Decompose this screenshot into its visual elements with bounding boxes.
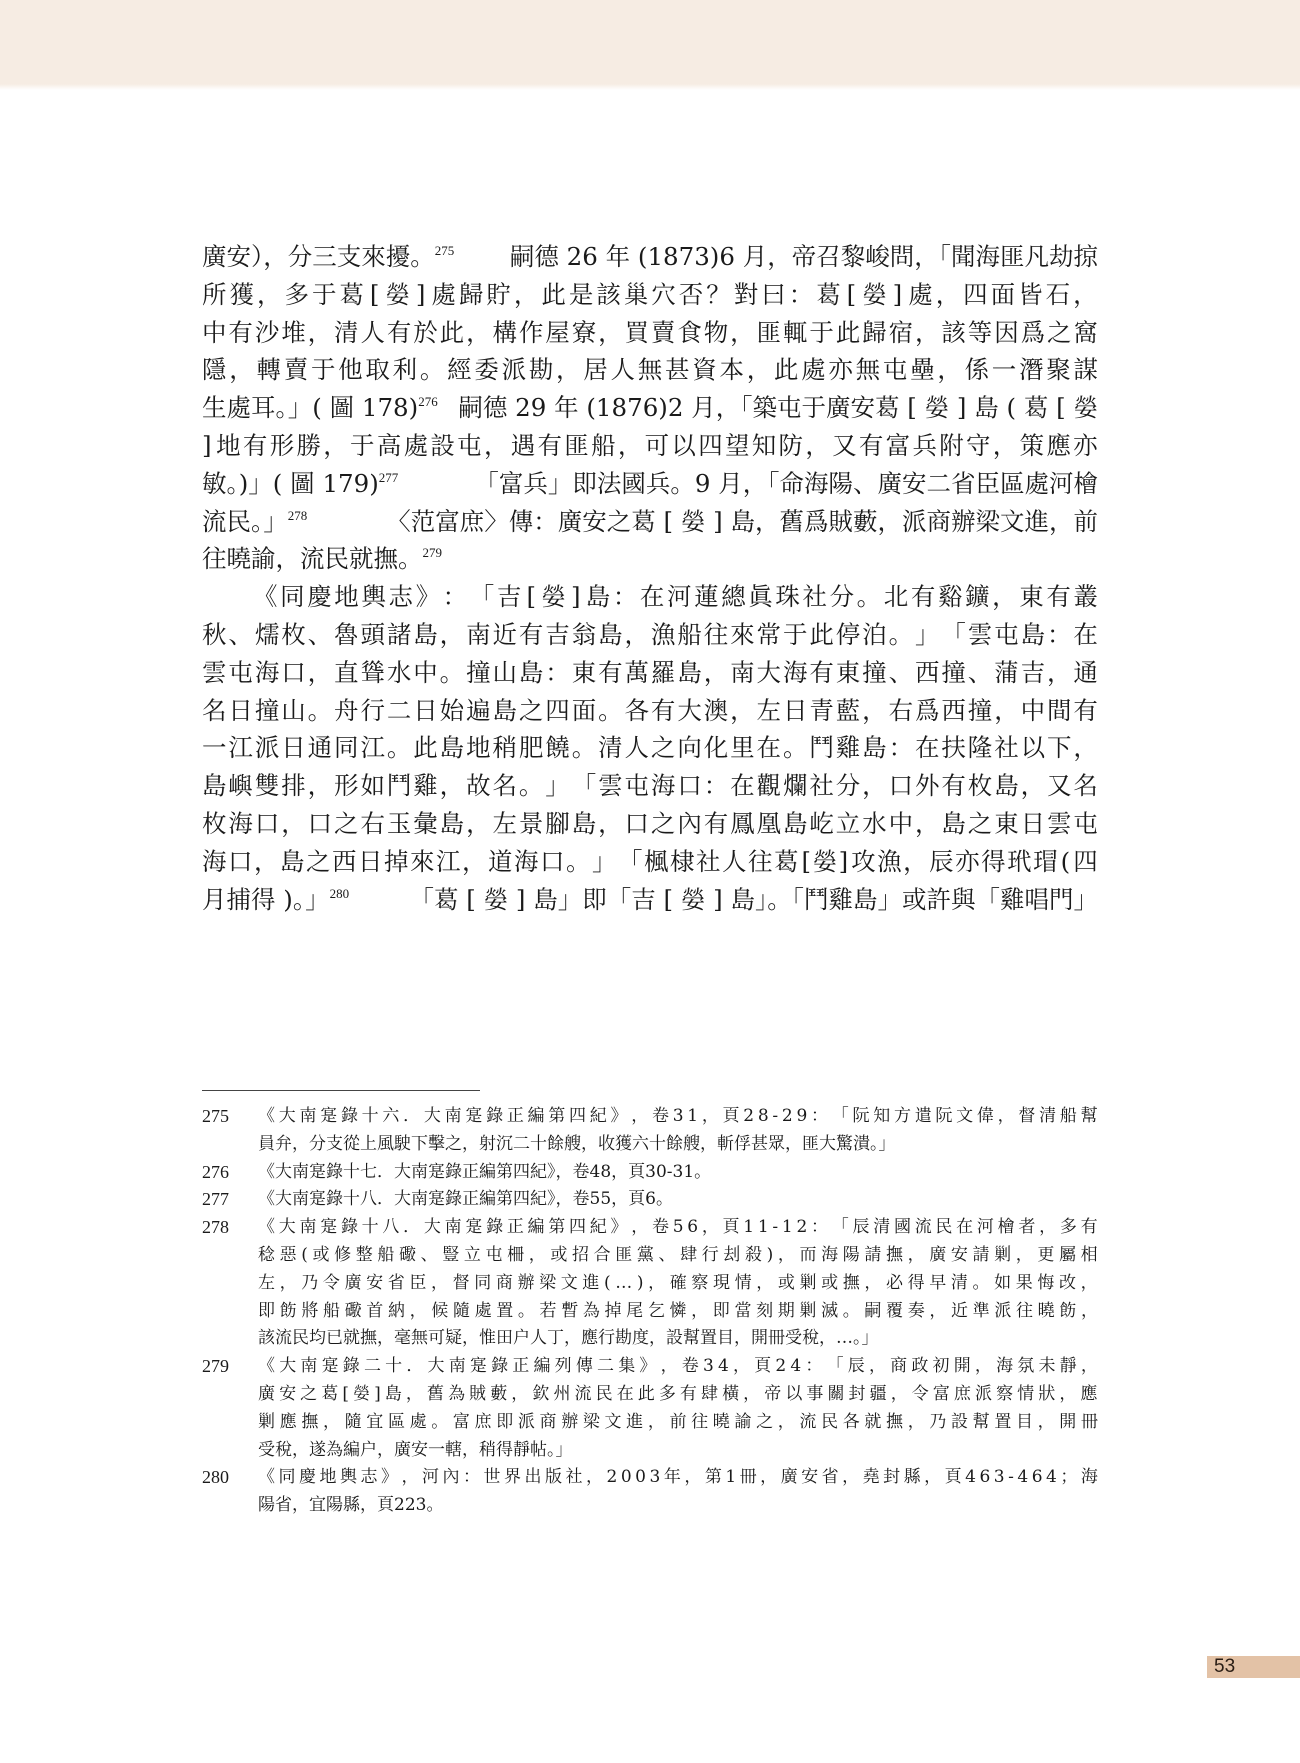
text-line: 敏。)」( 圖 179)277 「富兵」即法國兵。9 月，「命海陽、廣安二省臣區… — [202, 465, 1098, 503]
footnote-number: 276 — [202, 1159, 258, 1187]
text-line: 生處耳。」( 圖 178)276 嗣德 29 年 (1876)2 月，「築屯于廣… — [202, 389, 1098, 427]
footnote-line: 《大南寔錄二十．大南寔錄正編列傳二集》，卷34，頁24：「辰，商政初開，海氛未靜… — [258, 1353, 1098, 1381]
footnote-number: 280 — [202, 1464, 258, 1492]
footnote-line: 《大南寔錄十八．大南寔錄正編第四紀》，卷56，頁11-12：「辰清國流民在河檜者… — [258, 1214, 1098, 1242]
page-number: 53 — [1214, 1655, 1235, 1679]
footnote-276: 276 《大南寔錄十七．大南寔錄正編第四紀》，卷48，頁30-31。 — [202, 1159, 1098, 1187]
text-segment: 嗣德 29 年 (1876)2 月，「築屯于廣安葛 [ 嫈 ] 島 ( 葛 [ … — [458, 389, 1098, 427]
text-line: 枚海口，口之右玉彙島，左景腳島，口之內有鳳凰島屹立水中，島之東日雲屯 — [202, 805, 1098, 843]
text-line: 一江派日通同江。此島地稍肥饒。清人之向化里在。鬥雞島：在扶隆社以下， — [202, 729, 1098, 767]
text-line: 往曉諭，流民就撫。279 — [202, 540, 1098, 578]
footnote-ref[interactable]: 275 — [435, 243, 455, 258]
text-line: 《同慶地輿志》：「吉 [ 嫈 ] 島：在河蓮總眞珠社分。北有谿鑛，東有叢 — [202, 578, 1098, 616]
text-line: 所獲，多于葛 [ 嫈 ] 處歸貯，此是該巢穴否？對曰：葛 [ 嫈 ] 處，四面皆… — [202, 276, 1098, 314]
footnote-line: 廣安之葛[嫈]島，舊為賊藪，欽州流民在此多有肆橫，帝以事關封疆，令富庶派察情狀，… — [258, 1381, 1098, 1409]
footnote-280: 280 《同慶地輿志》，河內：世界出版社，2003年，第1冊，廣安省，堯封縣，頁… — [202, 1464, 1098, 1520]
text-segment: 敏。)」( 圖 179) — [202, 469, 379, 498]
text-line: 名日撞山。舟行二日始遍島之四面。各有大澳，左日青藍，右爲西撞，中間有 — [202, 692, 1098, 730]
footnote-ref[interactable]: 276 — [418, 394, 438, 409]
footnote-ref[interactable]: 278 — [288, 508, 308, 523]
text-segment: 月捕得 )。」 — [202, 885, 330, 914]
footnote-line: 《大南寔錄十七．大南寔錄正編第四紀》，卷48，頁30-31。 — [258, 1159, 1098, 1187]
footnote-ref[interactable]: 280 — [330, 886, 350, 901]
text-segment: 廣安），分三支來擾。 — [202, 242, 435, 271]
footnote-number: 279 — [202, 1353, 258, 1381]
text-segment: 流民。」 — [202, 507, 288, 536]
footnote-line: 《同慶地輿志》，河內：世界出版社，2003年，第1冊，廣安省，堯封縣，頁463-… — [258, 1464, 1098, 1492]
footnote-line: 員弁，分支從上風駛下擊之，射沉二十餘艘，收獲六十餘艘，斬俘甚眾，匪大驚潰。」 — [258, 1131, 1098, 1159]
footnote-279: 279 《大南寔錄二十．大南寔錄正編列傳二集》，卷34，頁24：「辰，商政初開，… — [202, 1353, 1098, 1464]
footnote-line: 《大南寔錄十六．大南寔錄正編第四紀》，卷31，頁28-29：「阮知方遣阮文偉，督… — [258, 1103, 1098, 1131]
text-line: 海口，島之西日掉來江，道海口。」「楓棣社人往葛 [嫈] 攻漁，辰亦得玳瑁 ( 四 — [202, 843, 1098, 881]
footnote-line: 稔惡(或修整船礮、豎立屯柵，或招合匪黨、肆行刦殺)，而海陽請撫，廣安請剿，更屬相 — [258, 1242, 1098, 1270]
footnotes: 275 《大南寔錄十六．大南寔錄正編第四紀》，卷31，頁28-29：「阮知方遣阮… — [202, 1103, 1098, 1520]
text-line: 島嶼雙排，形如鬥雞，故名。」「雲屯海口：在觀爛社分，口外有枚島，又名 — [202, 767, 1098, 805]
footnote-line: 《大南寔錄十八．大南寔錄正編第四紀》，卷55，頁6。 — [258, 1186, 1098, 1214]
footnote-277: 277 《大南寔錄十八．大南寔錄正編第四紀》，卷55，頁6。 — [202, 1186, 1098, 1214]
text-line: 雲屯海口，直聳水中。撞山島：東有萬羅島，南大海有東撞、西撞、蒲吉，通 — [202, 654, 1098, 692]
text-segment: 「富兵」即法國兵。9 月，「命海陽、廣安二省臣區處河檜 — [474, 465, 1098, 503]
text-line: 流民。」278 〈范富庶〉傳：廣安之葛 [ 嫈 ] 島，舊爲賊藪，派商辦梁文進，… — [202, 503, 1098, 541]
body-text: 廣安），分三支來擾。275 嗣德 26 年 (1873)6 月，帝召黎峻問，「聞… — [202, 238, 1098, 918]
footnote-line: 受稅，遂為編户，廣安一轄，稍得靜帖。」 — [258, 1437, 1098, 1465]
footnote-number: 277 — [202, 1186, 258, 1214]
footnote-line: 剿應撫，隨宜區處。富庶即派商辦梁文進，前往曉諭之，流民各就撫，乃設幫置目，開冊 — [258, 1409, 1098, 1437]
footnote-number: 278 — [202, 1214, 258, 1242]
footnote-275: 275 《大南寔錄十六．大南寔錄正編第四紀》，卷31，頁28-29：「阮知方遣阮… — [202, 1103, 1098, 1159]
footnote-line: 即飭將船礮首納，候隨處置。若暫為掉尾乞憐，即當刻期剿滅。嗣覆奏，近準派往曉飭， — [258, 1298, 1098, 1326]
text-segment: 生處耳。」( 圖 178) — [202, 393, 418, 422]
text-segment: 嗣德 26 年 (1873)6 月，帝召黎峻問，「聞海匪凡劫掠 — [510, 238, 1098, 276]
text-line: 隱，轉賣于他取利。經委派勘，居人無甚資本，此處亦無屯壘，係一潛聚謀 — [202, 351, 1098, 389]
text-line: 中有沙堆，清人有於此，構作屋寮，買賣食物，匪輒于此歸宿，該等因爲之窩 — [202, 314, 1098, 352]
text-line: 秋、燸枚、魯頭諸島，南近有吉翁島，漁船往來常于此停泊。」「雲屯島：在 — [202, 616, 1098, 654]
text-line: ] 地有形勝，于高處設屯，遇有匪船，可以四望知防，又有富兵附守，策應亦 — [202, 427, 1098, 465]
text-segment: 「葛 [ 嫈 ] 島」即「吉 [ 嫈 ] 島」。「鬥雞島」或許與「雞唱門」 — [409, 881, 1098, 919]
text-line: 月捕得 )。」280 「葛 [ 嫈 ] 島」即「吉 [ 嫈 ] 島」。「鬥雞島」… — [202, 881, 1098, 919]
text-segment: 〈范富庶〉傳：廣安之葛 [ 嫈 ] 島，舊爲賊藪，派商辦梁文進，前 — [386, 503, 1098, 541]
header-band — [0, 0, 1300, 84]
footnote-divider — [202, 1090, 480, 1091]
footnote-ref[interactable]: 279 — [423, 545, 443, 560]
footnote-line: 左，乃令廣安省臣，督同商辦梁文進(…)，確察現情，或剿或撫，必得早清。如果悔改， — [258, 1270, 1098, 1298]
text-segment: 往曉諭，流民就撫。 — [202, 544, 423, 573]
footnote-number: 275 — [202, 1103, 258, 1131]
footnote-278: 278 《大南寔錄十八．大南寔錄正編第四紀》，卷56，頁11-12：「辰清國流民… — [202, 1214, 1098, 1353]
footnote-ref[interactable]: 277 — [379, 470, 399, 485]
footnote-line: 陽省，宜陽縣，頁223。 — [258, 1492, 1098, 1520]
text-line: 廣安），分三支來擾。275 嗣德 26 年 (1873)6 月，帝召黎峻問，「聞… — [202, 238, 1098, 276]
footnote-line: 該流民均已就撫，毫無可疑，惟田户人丁，應行勘度，設幫置目，開冊受稅，…。」 — [258, 1325, 1098, 1353]
